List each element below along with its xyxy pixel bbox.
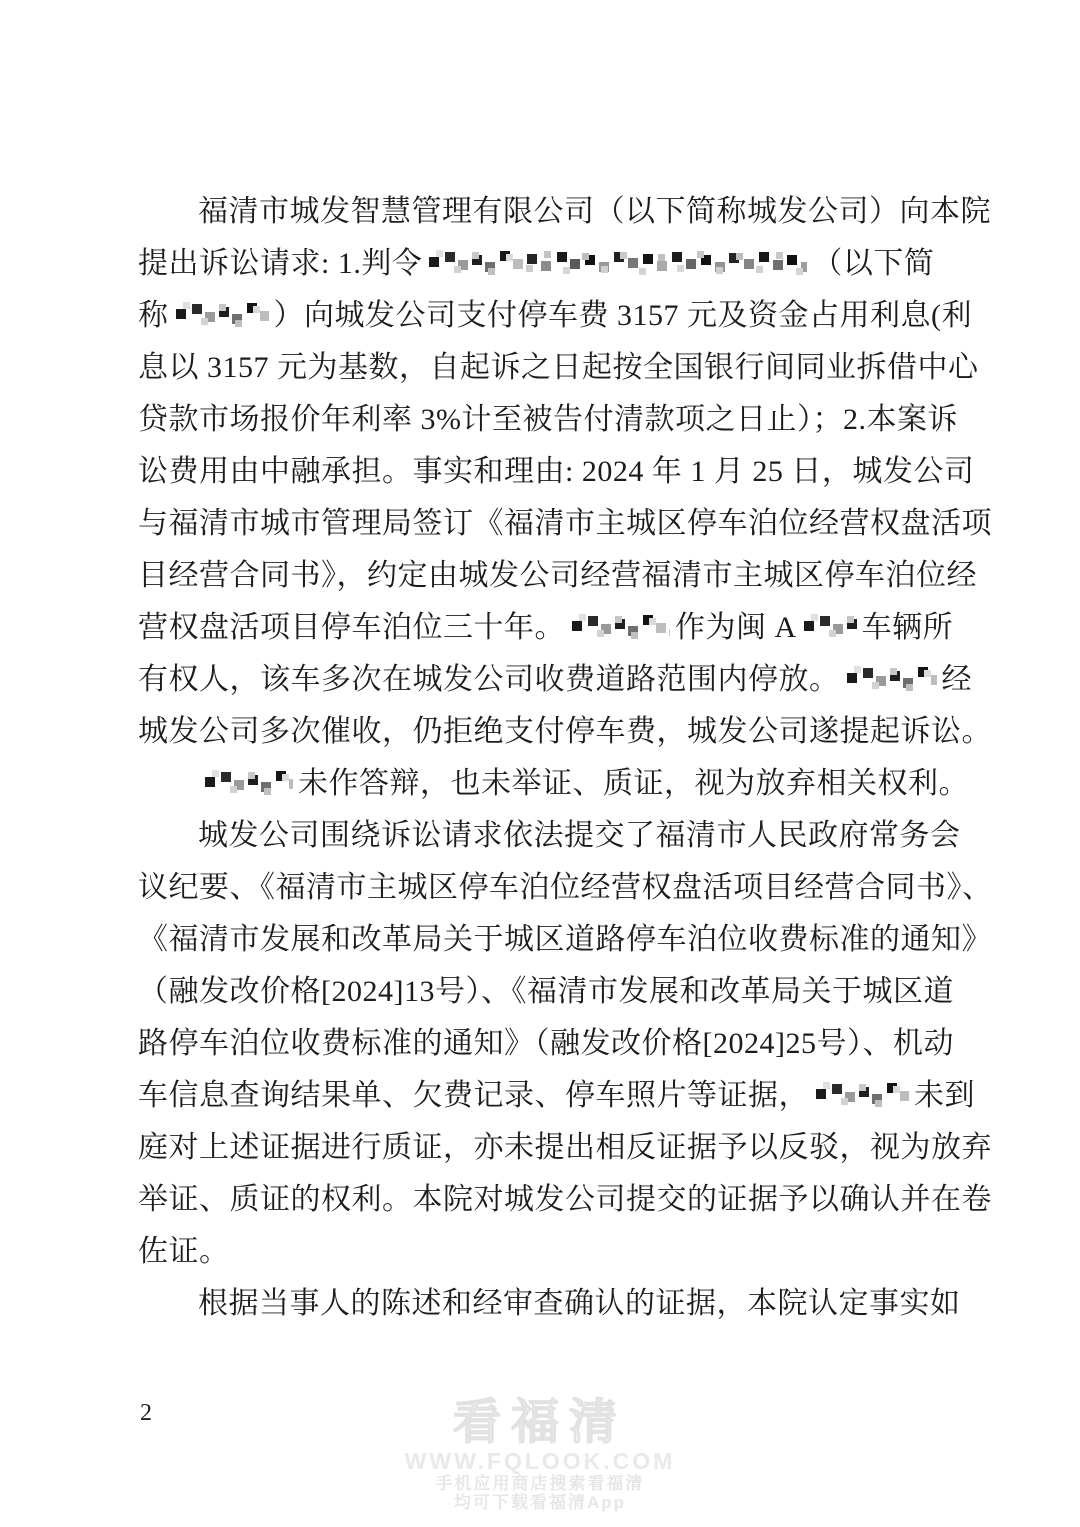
document-line: 路停车泊位收费标准的通知》（融发改价格[2024]25号）、机动 [138,1018,954,1070]
watermark-brand: 看福清 [0,1398,1080,1448]
watermark: 看福清 WWW.FQLOOK.COM 手机应用商店搜索看福清 均可下载看福清Ap… [0,1398,1080,1512]
text-segment: 未到 [914,1079,975,1112]
document-line: 息以 3157 元为基数，自起诉之日起按全国银行间同业拆借中心 [138,342,954,394]
text-segment: 议纪要、《福清市主城区停车泊位经营权盘活项目经营合同书》、 [138,871,993,904]
text-segment: 庭对上述证据进行质证，亦未提出相反证据予以反驳，视为放弃 [138,1131,992,1164]
document-page: 福清市城发智慧管理有限公司（以下简称城发公司）向本院提出诉讼请求: 1.判令（以… [0,0,1080,1527]
text-segment: 未作答辩，也未举证、质证，视为放弃相关权利。 [298,767,969,800]
document-line: 营权盘活项目停车泊位三十年。作为闽 A车辆所 [138,602,954,654]
text-segment: 车辆所 [862,611,954,644]
document-line: 举证、质证的权利。本院对城发公司提交的证据予以确认并在卷 [138,1174,954,1226]
text-segment: 城发公司多次催收，仍拒绝支付停车费，城发公司遂提起诉讼。 [138,715,992,748]
text-segment: 营权盘活项目停车泊位三十年。 [138,611,565,644]
text-segment: （以下简 [812,247,934,280]
text-segment: ）向城发公司支付停车费 3157 元及资金占用利息(利 [274,299,973,332]
text-segment: 称 [138,299,169,332]
document-line: 提出诉讼请求: 1.判令（以下简 [138,238,954,290]
document-line: 议纪要、《福清市主城区停车泊位经营权盘活项目经营合同书》、 [138,862,954,914]
page-number: 2 [140,1400,152,1427]
watermark-tagline-1: 手机应用商店搜索看福清 [0,1474,1080,1493]
document-line: 称）向城发公司支付停车费 3157 元及资金占用利息(利 [138,290,954,342]
document-line: 目经营合同书》，约定由城发公司经营福清市主城区停车泊位经 [138,550,954,602]
document-line: 有权人，该车多次在城发公司收费道路范围内停放。经 [138,654,954,706]
text-segment: 车信息查询结果单、欠费记录、停车照片等证据， [138,1079,809,1112]
text-segment: 目经营合同书》，约定由城发公司经营福清市主城区停车泊位经 [138,559,977,592]
redaction-block [427,247,807,279]
redaction-block [802,611,857,643]
redaction-block [203,767,293,799]
document-line: 福清市城发智慧管理有限公司（以下简称城发公司）向本院 [138,186,954,238]
text-segment: 讼费用由中融承担。事实和理由: 2024 年 1 月 25 日，城发公司 [138,455,974,488]
document-line: （融发改价格[2024]13号）、《福清市发展和改革局关于城区道 [138,966,954,1018]
redaction-block [174,299,269,331]
text-segment: 城发公司围绕诉讼请求依法提交了福清市人民政府常务会 [198,819,961,852]
watermark-url: WWW.FQLOOK.COM [0,1448,1080,1474]
document-line: 未作答辩，也未举证、质证，视为放弃相关权利。 [138,758,954,810]
document-line: 讼费用由中融承担。事实和理由: 2024 年 1 月 25 日，城发公司 [138,446,954,498]
text-segment: 有权人，该车多次在城发公司收费道路范围内停放。 [138,663,840,696]
redaction-block [845,663,937,695]
document-body: 福清市城发智慧管理有限公司（以下简称城发公司）向本院提出诉讼请求: 1.判令（以… [138,186,954,1330]
text-segment: 佐证。 [138,1235,230,1268]
document-line: 贷款市场报价年利率 3%计至被告付清款项之日止）；2.本案诉 [138,394,954,446]
document-line: 城发公司围绕诉讼请求依法提交了福清市人民政府常务会 [138,810,954,862]
document-line: 根据当事人的陈述和经审查确认的证据，本院认定事实如 [138,1278,954,1330]
text-segment: 路停车泊位收费标准的通知》（融发改价格[2024]25号）、机动 [138,1027,954,1060]
text-segment: 与福清市城市管理局签订《福清市主城区停车泊位经营权盘活项 [138,507,992,540]
document-line: 城发公司多次催收，仍拒绝支付停车费，城发公司遂提起诉讼。 [138,706,954,758]
text-segment: 贷款市场报价年利率 3%计至被告付清款项之日止）；2.本案诉 [138,403,958,436]
redaction-block [570,611,670,643]
text-segment: （融发改价格[2024]13号）、《福清市发展和改革局关于城区道 [138,975,954,1008]
text-segment: 作为闽 A [675,611,797,644]
text-segment: 举证、质证的权利。本院对城发公司提交的证据予以确认并在卷 [138,1183,992,1216]
text-segment: 提出诉讼请求: 1.判令 [138,247,422,280]
text-segment: 福清市城发智慧管理有限公司（以下简称城发公司）向本院 [198,195,991,228]
document-line: 车信息查询结果单、欠费记录、停车照片等证据，未到 [138,1070,954,1122]
document-line: 《福清市发展和改革局关于城区道路停车泊位收费标准的通知》 [138,914,954,966]
watermark-tagline-2: 均可下载看福清App [0,1493,1080,1512]
redaction-block [814,1079,909,1111]
document-line: 与福清市城市管理局签订《福清市主城区停车泊位经营权盘活项 [138,498,954,550]
text-segment: 根据当事人的陈述和经审查确认的证据，本院认定事实如 [198,1287,961,1320]
text-segment: 息以 3157 元为基数，自起诉之日起按全国银行间同业拆借中心 [138,351,979,384]
text-segment: 《福清市发展和改革局关于城区道路停车泊位收费标准的通知》 [138,923,992,956]
document-line: 佐证。 [138,1226,954,1278]
document-line: 庭对上述证据进行质证，亦未提出相反证据予以反驳，视为放弃 [138,1122,954,1174]
text-segment: 经 [942,663,973,696]
